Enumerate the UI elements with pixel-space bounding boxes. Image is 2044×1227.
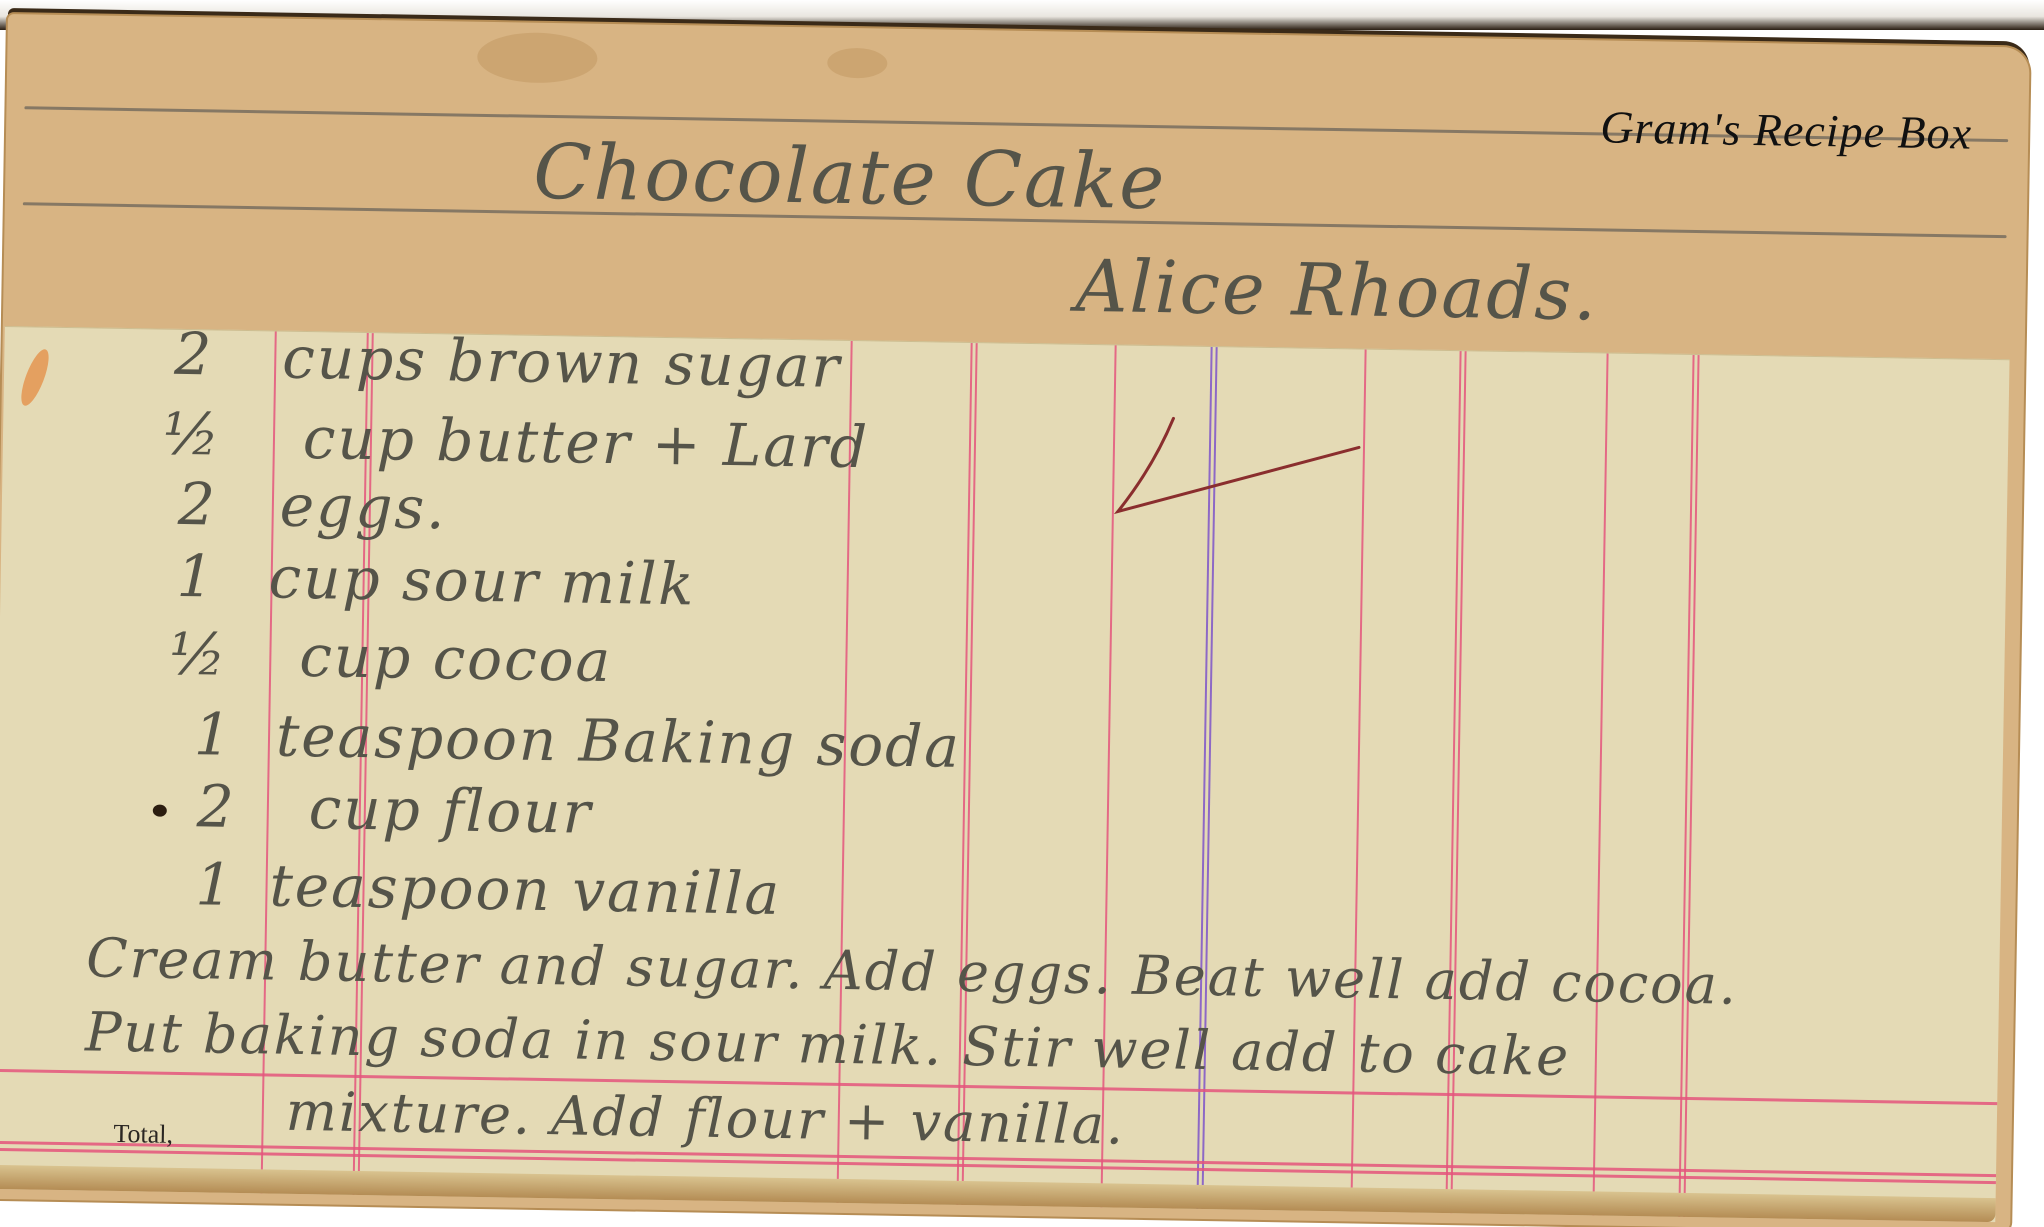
recipe-title: Chocolate Cake (533, 127, 1167, 226)
recipe-card: Gram's Recipe Box Chocolate Cake Alice R… (0, 14, 2030, 1227)
ledger-column-rule (1678, 355, 1694, 1217)
brand-watermark: Gram's Recipe Box (1600, 100, 1973, 159)
ingredient-item: cup cocoa (299, 622, 613, 695)
ink-dot (153, 805, 167, 817)
ingredient-item: teaspoon vanilla (269, 851, 782, 927)
stain (827, 48, 887, 79)
card-bottom-edge (0, 1165, 1996, 1222)
ingredient-qty: 2 (196, 772, 234, 841)
recipe-card-scan: Gram's Recipe Box Chocolate Cake Alice R… (0, 0, 2044, 1227)
ingredient-item: cup sour milk (268, 543, 696, 618)
ingredient-item: cup butter + Lard (302, 404, 869, 481)
ingredient-row: 2 cups brown sugar (5, 327, 2010, 360)
check-mark-icon (1112, 407, 1364, 531)
ingredient-qty: 2 (174, 320, 212, 389)
ingredient-item: eggs. (279, 472, 447, 543)
ingredient-qty: ½ (169, 620, 226, 689)
stain (477, 32, 598, 84)
ingredient-qty: ½ (163, 400, 220, 469)
ingredient-item: teaspoon Baking soda (276, 702, 962, 781)
instruction-line: Cream butter and sugar. Add eggs. Beat w… (86, 926, 1739, 1016)
ingredient-qty: 2 (177, 470, 215, 539)
stain (16, 346, 54, 408)
ledger-paper: 2 cups brown sugar ½ cup butter + Lard 2… (0, 326, 2010, 1222)
recipe-author: Alice Rhoads. (1075, 244, 1599, 337)
ingredient-qty: 1 (176, 542, 214, 611)
ledger-column-rule (1592, 354, 1608, 1216)
ingredient-item: cups brown sugar (282, 324, 842, 401)
ingredient-item: cup flour (308, 774, 593, 847)
instruction-line: mixture. Add flour + vanilla. (285, 1080, 1125, 1157)
ingredient-list: 2 cups brown sugar ½ cup butter + Lard 2… (5, 327, 2010, 360)
ingredient-qty: 1 (194, 700, 232, 769)
ingredient-qty: 1 (195, 850, 233, 919)
total-label: Total, (113, 1119, 173, 1150)
